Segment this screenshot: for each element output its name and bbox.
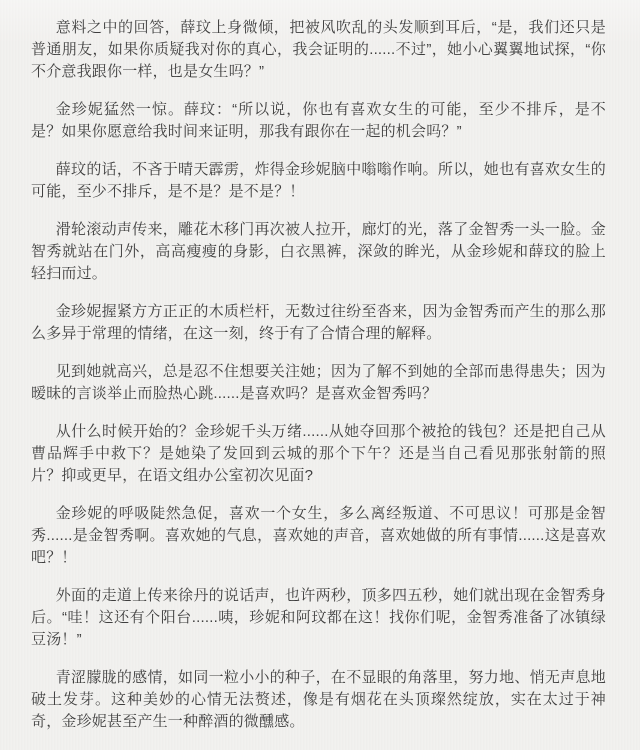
paragraph: 金珍妮猛然一惊。薛玟：“所以说，你也有喜欢女生的可能，至少不排斥，是不是？如果你… xyxy=(31,99,606,143)
paragraph: 金珍妮的呼吸陡然急促，喜欢一个女生，多么离经叛道、不可思议！可那是金智秀....… xyxy=(31,503,606,569)
paragraph: 外面的走道上传来徐丹的说话声，也许两秒，顶多四五秒，她们就出现在金智秀身后。“哇… xyxy=(31,585,606,651)
paragraph: 金珍妮握紧方方正正的木质栏杆，无数过往纷至沓来，因为金智秀而产生的那么那么多异于… xyxy=(31,301,606,345)
novel-reader-page[interactable]: 意料之中的回答，薛玟上身微倾，把被风吹乱的头发顺到耳后，“是，我们还只是普通朋友… xyxy=(0,0,640,750)
paragraph: 滑轮滚动声传来，雕花木移门再次被人拉开，廊灯的光，落了金智秀一头一脸。金智秀就站… xyxy=(31,219,606,285)
paragraph: 薛玟的话，不吝于晴天霹雳，炸得金珍妮脑中嗡嗡作响。所以，她也有喜欢女生的可能，至… xyxy=(31,159,606,203)
paragraph: 见到她就高兴，总是忍不住想要关注她；因为了解不到她的全部而患得患失；因为暧昧的言… xyxy=(31,361,606,405)
paragraph: 从什么时候开始的？金珍妮千头万绪......从她夺回那个被抢的钱包？还是把自己从… xyxy=(31,421,606,487)
paragraph: 意料之中的回答，薛玟上身微倾，把被风吹乱的头发顺到耳后，“是，我们还只是普通朋友… xyxy=(31,17,606,83)
paragraph: 青涩朦胧的感情，如同一粒小小的种子，在不显眼的角落里，努力地、悄无声息地破土发芽… xyxy=(31,667,606,733)
